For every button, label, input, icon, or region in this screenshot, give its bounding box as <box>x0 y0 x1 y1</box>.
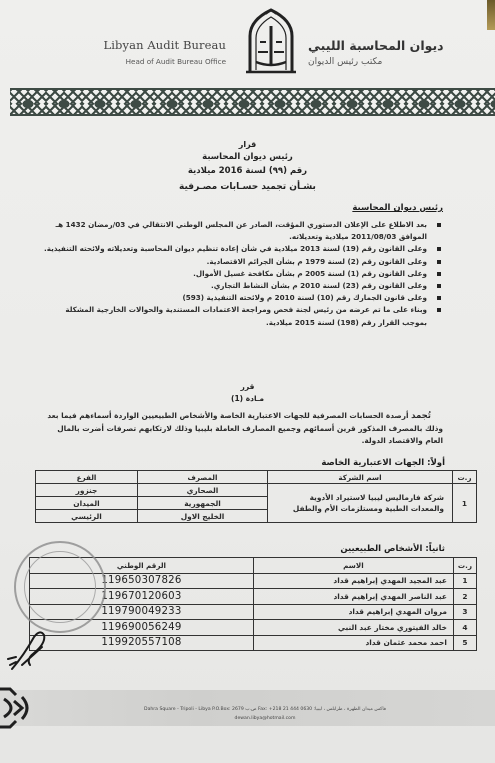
org-name-ar: ديوان المحاسبة الليبي <box>308 38 448 53</box>
table-row: 5 احمد محمد عثمان قداد 119920557108 <box>30 635 477 651</box>
decision-number: رقم (٩٩) لسنة 2016 ميلادية <box>0 166 495 176</box>
person-name: عبد الناصر المهدي إبراهيم قداد <box>253 589 453 605</box>
branch-name: جنزور <box>36 484 138 497</box>
document-page: Libyan Audit Bureau Head of Audit Bureau… <box>0 0 495 763</box>
ornamental-border-band <box>10 88 495 116</box>
table-header-row: ر.ت اسم الشركة المصرف الفرع <box>36 471 477 484</box>
company-name: شركة فارماليس ليبيا لاستيراد الأدوية وال… <box>268 484 453 523</box>
row-number: 4 <box>453 620 476 636</box>
decided-heading: قرر <box>0 382 495 391</box>
audit-bureau-emblem-icon <box>236 6 306 74</box>
header-arabic: ديوان المحاسبة الليبي مكتب رئيس الديوان <box>308 38 448 67</box>
addressee-heading: رئيس ديوان المحاسبة <box>352 203 443 213</box>
footer-address: Dahra Square - Tripoli - Libya P.O.Box: … <box>100 705 430 714</box>
table-row: 4 خالد الفيتوري مختار عبد النبي 11969005… <box>30 620 477 636</box>
row-number: 5 <box>453 635 476 651</box>
preamble-item: وعلى قانون الجمارك رقم (10) لسنة 2010 م … <box>43 292 443 304</box>
preamble-item: وعلى القانون رقم (19) لسنة 2013 ميلادية … <box>43 243 443 255</box>
org-name-en: Libyan Audit Bureau <box>96 38 226 52</box>
row-number: 3 <box>453 604 476 620</box>
decision-text: أرصدة الحسابات المصرفية للجهات الاعتباري… <box>47 411 443 445</box>
person-name: خالد الفيتوري مختار عبد النبي <box>253 620 453 636</box>
preamble-item: بعد الاطلاع على الإعلان الدستوري المؤقت،… <box>43 219 443 243</box>
national-id: 119920557108 <box>30 635 254 651</box>
row-number: 1 <box>453 484 477 523</box>
office-name-en: Head of Audit Bureau Office <box>96 57 226 66</box>
person-name: مروان المهدي إبراهيم قداد <box>253 604 453 620</box>
office-name-ar: مكتب رئيس الديوان <box>308 57 448 67</box>
col-header-bank: المصرف <box>138 471 268 484</box>
bank-name: الخليج الاول <box>138 510 268 523</box>
footer-ornament-icon <box>0 685 34 731</box>
decision-subject: بشـأن تجميد حسـابات مصـرفية <box>0 182 495 192</box>
header-english: Libyan Audit Bureau Head of Audit Bureau… <box>96 38 226 66</box>
section-legal-entities-title: أولاً: الجهات الاعتبارية الخاصة <box>321 458 445 468</box>
decision-label: قرار <box>0 140 495 149</box>
col-header-no: ر.ت <box>453 471 477 484</box>
section-natural-persons-title: ثانياً: الأشخاص الطبيعيين <box>340 544 445 554</box>
decision-lead-word: تُجمد <box>411 411 431 421</box>
issuer-title: رئيس ديوان المحاسبة <box>0 152 495 162</box>
person-name: عبد المجيد المهدي إبراهيم قداد <box>253 573 453 589</box>
footer-email: dewan.libya@hotmail.com <box>100 714 430 723</box>
col-header-name: الاسم <box>253 558 453 574</box>
col-header-no: ر.ت <box>453 558 476 574</box>
bank-name: الصحاري <box>138 484 268 497</box>
table-row: 1 شركة فارماليس ليبيا لاستيراد الأدوية و… <box>36 484 477 497</box>
col-header-company: اسم الشركة <box>268 471 453 484</box>
page-corner-edge <box>487 0 495 30</box>
handwritten-signature-icon <box>4 625 54 675</box>
preamble-list: بعد الاطلاع على الإعلان الدستوري المؤقت،… <box>43 219 443 329</box>
legal-entities-table: ر.ت اسم الشركة المصرف الفرع 1 شركة فارما… <box>35 470 477 523</box>
branch-name: الميدان <box>36 497 138 510</box>
footer-contact: Dahra Square - Tripoli - Libya P.O.Box: … <box>100 705 430 723</box>
bank-name: الجمهورية <box>138 497 268 510</box>
person-name: احمد محمد عثمان قداد <box>253 635 453 651</box>
preamble-item: وبناء على ما تم عرضه من رئيس لجنة فحص وم… <box>43 304 443 328</box>
branch-name: الرئيسي <box>36 510 138 523</box>
row-number: 1 <box>453 573 476 589</box>
preamble-item: وعلى القانون رقم (1) لسنة 2005 م بشأن مك… <box>43 268 443 280</box>
preamble-item: وعلى القانون رقم (2) لسنة 1979 م بشأن ال… <box>43 256 443 268</box>
row-number: 2 <box>453 589 476 605</box>
article-heading: مـادة (1) <box>0 394 495 403</box>
preamble-item: وعلى القانون رقم (23) لسنة 2010 م بشأن ا… <box>43 280 443 292</box>
decision-body: تُجمد أرصدة الحسابات المصرفية للجهات الا… <box>43 410 443 448</box>
official-seal-icon <box>14 541 106 633</box>
col-header-branch: الفرع <box>36 471 138 484</box>
